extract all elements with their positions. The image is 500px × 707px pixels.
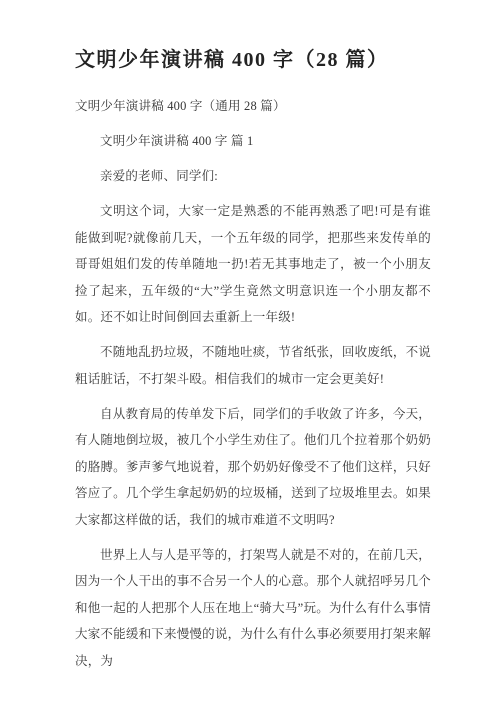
document-title: 文明少年演讲稿 400 字（28 篇） — [75, 47, 431, 73]
section-heading: 文明少年演讲稿 400 字 篇 1 — [75, 128, 431, 155]
paragraph-2: 不随地乱扔垃圾，不随地吐痰，节省纸张，回收废纸，不说粗话脏话，不打架斗殴。相信我… — [75, 339, 431, 392]
paragraph-1: 文明这个词，大家一定是熟悉的不能再熟悉了吧!可是有谁能做到呢?就像前几天，一个五… — [75, 198, 431, 331]
paragraph-3: 自从教育局的传单发下后，同学们的手收敛了许多，今天，有人随地倒垃圾，被几个小学生… — [75, 401, 431, 534]
document-page: 文明少年演讲稿 400 字（28 篇） 文明少年演讲稿 400 字（通用 28 … — [75, 47, 431, 674]
salutation: 亲爱的老师、同学们: — [75, 163, 431, 190]
paragraph-4: 世界上人与人是平等的，打架骂人就是不对的，在前几天，因为一个人干出的事不合另一个… — [75, 542, 431, 675]
document-subtitle: 文明少年演讲稿 400 字（通用 28 篇） — [75, 93, 431, 120]
